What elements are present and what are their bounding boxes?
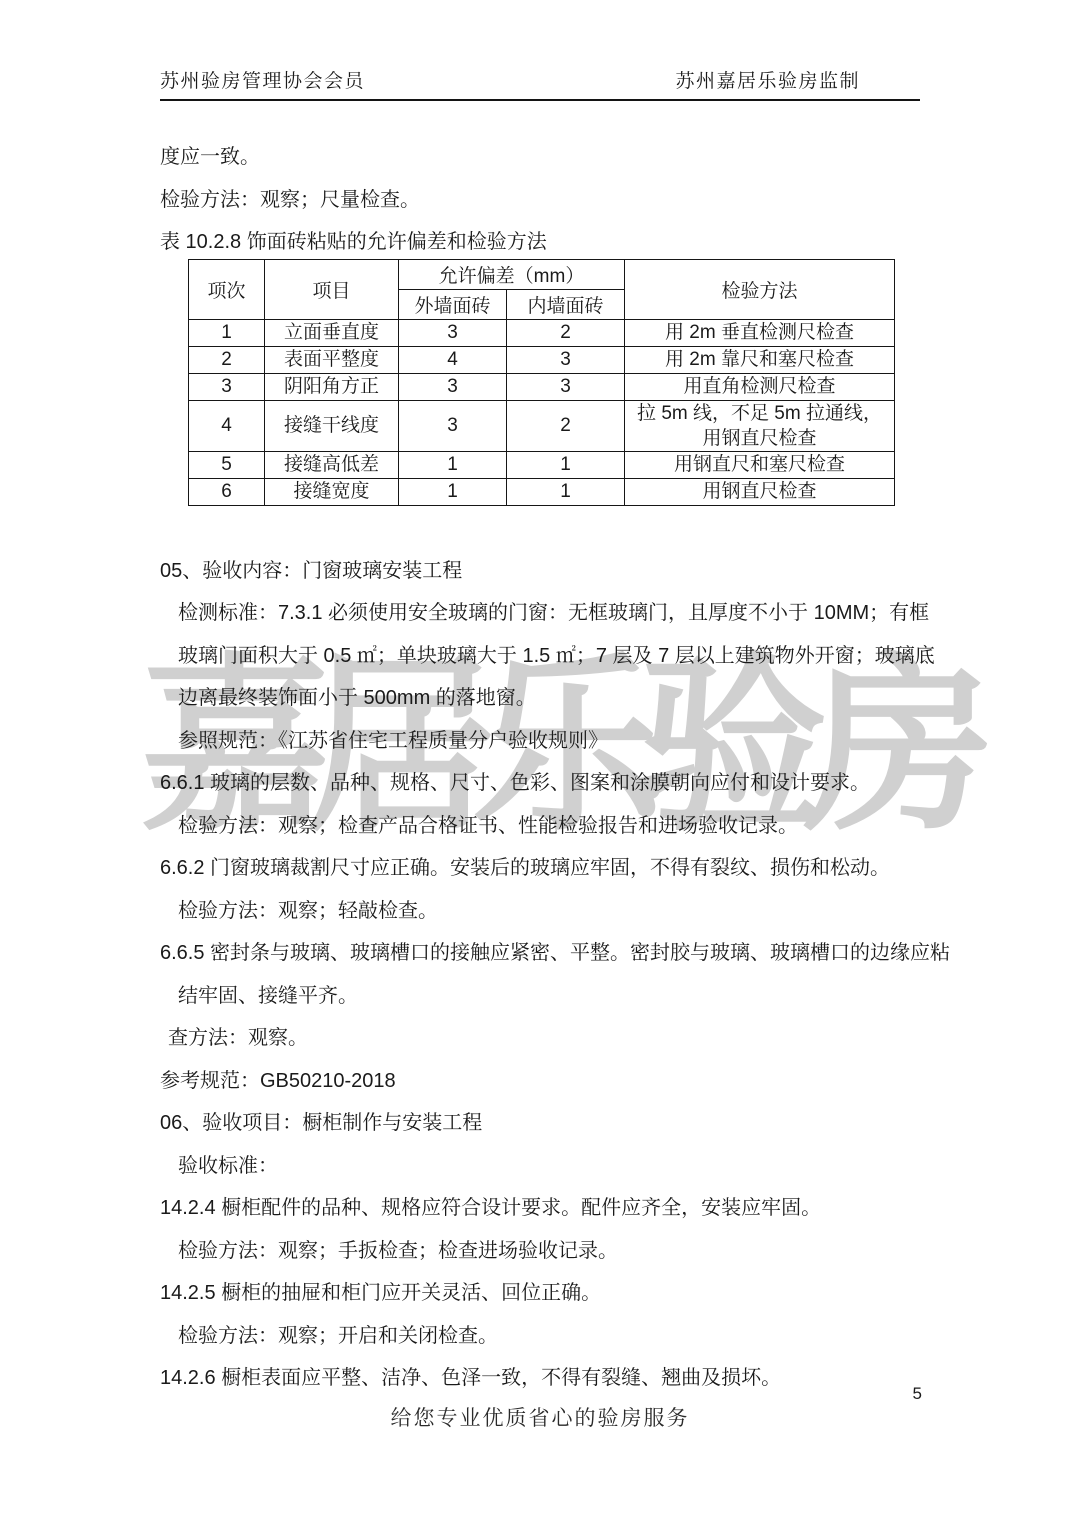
cell-method: 用钢直尺检查 [625,478,895,505]
table-row: 1立面垂直度32用 2m 垂直检测尺检查 [189,319,895,346]
text-line: 边离最终装饰面小于 500mm 的落地窗。 [160,677,920,720]
text-line: 查方法：观察。 [160,1017,920,1060]
page-number: 5 [913,1384,922,1404]
page-content: 苏州验房管理协会会员 苏州嘉居乐验房监制 度应一致。检验方法：观察；尺量检查。 … [160,70,920,1400]
text-line: 6.6.1 玻璃的层数、品种、规格、尺寸、色彩、图案和涂膜朝向应付和设计要求。 [160,762,920,805]
cell-interior: 3 [507,373,625,400]
cell-method: 用 2m 靠尺和塞尺检查 [625,346,895,373]
text-line: 验收标准： [160,1145,920,1188]
col-header-item-no: 项次 [189,259,265,319]
footer-slogan: 给您专业优质省心的验房服务 [0,1402,1080,1432]
cell-interior: 1 [507,451,625,478]
table-caption: 表 10.2.8 饰面砖粘贴的允许偏差和检验方法 [160,221,920,264]
cell-item: 接缝干线度 [265,400,399,451]
cell-item-no: 5 [189,451,265,478]
cell-interior: 2 [507,400,625,451]
text-line: 参考规范：GB50210-2018 [160,1060,920,1103]
cell-interior: 2 [507,319,625,346]
cell-method: 拉 5m 线，不足 5m 拉通线，用钢直尺检查 [625,400,895,451]
cell-method: 用钢直尺和塞尺检查 [625,451,895,478]
text-line: 检验方法：观察；轻敲检查。 [160,890,920,933]
cell-method: 用 2m 垂直检测尺检查 [625,319,895,346]
text-line: 检验方法：观察；检查产品合格证书、性能检验报告和进场验收记录。 [160,805,920,848]
text-line: 14.2.6 橱柜表面应平整、洁净、色泽一致，不得有裂缝、翘曲及损坏。 [160,1357,920,1400]
col-header-interior: 内墙面砖 [507,289,625,319]
text-line: 检测标准：7.3.1 必须使用安全玻璃的门窗：无框玻璃门，且厚度不小于 10MM… [160,592,920,635]
page-header: 苏州验房管理协会会员 苏州嘉居乐验房监制 [160,70,920,101]
text-line: 检验方法：观察；开启和关闭检查。 [160,1315,920,1358]
text-line: 14.2.4 橱柜配件的品种、规格应符合设计要求。配件应齐全，安装应牢固。 [160,1187,920,1230]
header-left-text: 苏州验房管理协会会员 [160,70,365,94]
text-line: 度应一致。 [160,136,920,179]
table-row: 5接缝高低差11用钢直尺和塞尺检查 [189,451,895,478]
text-line: 结牢固、接缝平齐。 [160,975,920,1018]
table-row: 2表面平整度43用 2m 靠尺和塞尺检查 [189,346,895,373]
cell-item-no: 4 [189,400,265,451]
tolerance-table-head: 项次 项目 允许偏差（mm） 检验方法 外墙面砖 内墙面砖 [189,259,895,319]
text-line: 玻璃门面积大于 0.5 ㎡；单块玻璃大于 1.5 ㎡；7 层及 7 层以上建筑物… [160,635,920,678]
cell-item-no: 3 [189,373,265,400]
tolerance-table: 项次 项目 允许偏差（mm） 检验方法 外墙面砖 内墙面砖 1立面垂直度32用 … [188,259,895,506]
col-header-method: 检验方法 [625,259,895,319]
cell-item: 接缝高低差 [265,451,399,478]
text-line: 6.6.5 密封条与玻璃、玻璃槽口的接触应紧密、平整。密封胶与玻璃、玻璃槽口的边… [160,932,920,975]
document-page: 嘉居乐验房 苏州验房管理协会会员 苏州嘉居乐验房监制 度应一致。检验方法：观察；… [0,0,1080,1528]
col-header-tolerance: 允许偏差（mm） [399,259,625,289]
text-line: 14.2.5 橱柜的抽屉和柜门应开关灵活、回位正确。 [160,1272,920,1315]
header-right-text: 苏州嘉居乐验房监制 [675,70,920,94]
table-header-row-1: 项次 项目 允许偏差（mm） 检验方法 [189,259,895,289]
table-row: 4接缝干线度32拉 5m 线，不足 5m 拉通线，用钢直尺检查 [189,400,895,451]
col-header-item: 项目 [265,259,399,319]
cell-item: 表面平整度 [265,346,399,373]
cell-interior: 3 [507,346,625,373]
table-row: 6接缝宽度11用钢直尺检查 [189,478,895,505]
tolerance-table-body: 1立面垂直度32用 2m 垂直检测尺检查2表面平整度43用 2m 靠尺和塞尺检查… [189,319,895,505]
text-line: 检验方法：观察；手扳检查；检查进场验收记录。 [160,1230,920,1273]
table-row: 3阴阳角方正33用直角检测尺检查 [189,373,895,400]
cell-method: 用直角检测尺检查 [625,373,895,400]
cell-exterior: 1 [399,451,507,478]
col-header-exterior: 外墙面砖 [399,289,507,319]
cell-interior: 1 [507,478,625,505]
body-pre-table: 度应一致。检验方法：观察；尺量检查。 [160,136,920,221]
cell-exterior: 3 [399,400,507,451]
cell-exterior: 3 [399,373,507,400]
cell-exterior: 3 [399,319,507,346]
cell-exterior: 1 [399,478,507,505]
body-post-table: 05、验收内容：门窗玻璃安装工程检测标准：7.3.1 必须使用安全玻璃的门窗：无… [160,550,920,1400]
cell-item: 接缝宽度 [265,478,399,505]
text-line: 6.6.2 门窗玻璃裁割尺寸应正确。安装后的玻璃应牢固，不得有裂纹、损伤和松动。 [160,847,920,890]
text-line: 检验方法：观察；尺量检查。 [160,179,920,222]
text-line: 参照规范：《江苏省住宅工程质量分户验收规则》 [160,720,920,763]
cell-item: 阴阳角方正 [265,373,399,400]
cell-item-no: 6 [189,478,265,505]
cell-item-no: 1 [189,319,265,346]
text-line: 06、验收项目：橱柜制作与安装工程 [160,1102,920,1145]
cell-item-no: 2 [189,346,265,373]
cell-item: 立面垂直度 [265,319,399,346]
text-line: 05、验收内容：门窗玻璃安装工程 [160,550,920,593]
cell-exterior: 4 [399,346,507,373]
